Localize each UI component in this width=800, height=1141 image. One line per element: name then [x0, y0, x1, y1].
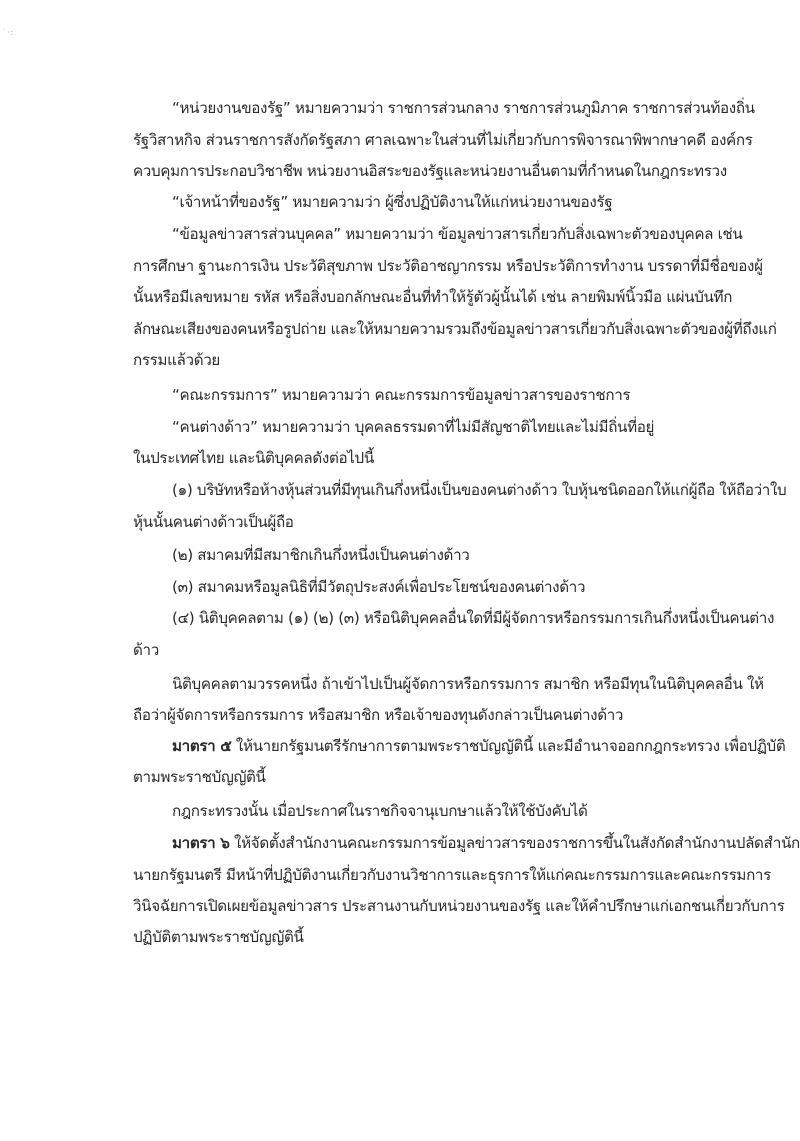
scan-artifact: ˙·: — [2, 28, 14, 37]
text-line: “ข้อมูลข่าวสารส่วนบุคคล” หมายความว่า ข้อ… — [172, 224, 742, 244]
text-line: “คนต่างด้าว” หมายความว่า บุคคลธรรมดาที่ไ… — [172, 417, 654, 437]
line-text: รัฐวิสาหกิจ ส่วนราชการสังกัดรัฐสภา ศาลเฉ… — [133, 131, 753, 149]
text-line: ตามพระราชบัญญัตินี้ — [133, 767, 266, 787]
line-text: นั้นหรือมีเลขหมาย รหัส หรือสิ่งบอกลักษณะ… — [133, 288, 732, 306]
line-text: ด้าว — [133, 641, 159, 659]
document-page: ˙·: “หน่วยงานของรัฐ” หมายความว่า ราชการส… — [0, 0, 800, 1141]
text-line: วินิจฉัยการเปิดเผยข้อมูลข่าวสาร ประสานงา… — [133, 896, 784, 916]
line-text: (๔) นิติบุคคลตาม (๑) (๒) (๓) หรือนิติบุค… — [172, 609, 774, 627]
text-line: มาตรา ๕ ให้นายกรัฐมนตรีรักษาการตามพระราช… — [172, 736, 785, 756]
line-text: ให้จัดตั้งสำนักงานคณะกรรมการข้อมูลข่าวสา… — [230, 834, 800, 852]
line-text: ในประเทศไทย และนิติบุคคลดังต่อไปนี้ — [133, 449, 374, 467]
text-line: (๓) สมาคมหรือมูลนิธิที่มีวัตถุประสงค์เพื… — [172, 577, 585, 597]
line-text: ตามพระราชบัญญัตินี้ — [133, 768, 266, 786]
text-line: นายกรัฐมนตรี มีหน้าที่ปฏิบัติงานเกี่ยวกั… — [133, 865, 771, 885]
line-text: ปฏิบัติตามพระราชบัญญัตินี้ — [133, 928, 304, 946]
text-line: หุ้นนั้นคนต่างด้าวเป็นผู้ถือ — [133, 512, 294, 532]
line-text: ลักษณะเสียงของคนหรือรูปถ่าย และให้หมายคว… — [133, 320, 777, 338]
text-line: “คณะกรรมการ” หมายความว่า คณะกรรมการข้อมู… — [172, 385, 630, 405]
text-line: ด้าว — [133, 640, 159, 660]
text-line: (๒) สมาคมที่มีสมาชิกเกินกึ่งหนึ่งเป็นคนต… — [172, 545, 469, 565]
text-line: การศึกษา ฐานะการเงิน ประวัติสุขภาพ ประวั… — [133, 256, 763, 276]
line-text: ให้นายกรัฐมนตรีรักษาการตามพระราชบัญญัติน… — [231, 737, 785, 755]
line-text: กรรมแล้วด้วย — [133, 351, 220, 369]
text-line: “เจ้าหน้าที่ของรัฐ” หมายความว่า ผู้ซึ่งป… — [172, 192, 612, 212]
text-line: นั้นหรือมีเลขหมาย รหัส หรือสิ่งบอกลักษณะ… — [133, 287, 732, 307]
line-text: “ข้อมูลข่าวสารส่วนบุคคล” หมายความว่า ข้อ… — [172, 225, 742, 243]
line-text: ควบคุมการประกอบวิชาชีพ หน่วยงานอิสระของร… — [133, 162, 727, 180]
section-heading: มาตรา ๕ — [172, 737, 231, 755]
text-line: (๑) บริษัทหรือห้างหุ้นส่วนที่มีทุนเกินกึ… — [172, 480, 786, 500]
line-text: “เจ้าหน้าที่ของรัฐ” หมายความว่า ผู้ซึ่งป… — [172, 193, 612, 211]
line-text: นิติบุคคลตามวรรคหนึ่ง ถ้าเข้าไปเป็นผู้จั… — [172, 675, 764, 693]
line-text: (๒) สมาคมที่มีสมาชิกเกินกึ่งหนึ่งเป็นคนต… — [172, 546, 469, 564]
text-line: ในประเทศไทย และนิติบุคคลดังต่อไปนี้ — [133, 448, 374, 468]
line-text: การศึกษา ฐานะการเงิน ประวัติสุขภาพ ประวั… — [133, 257, 763, 275]
section-heading: มาตรา ๖ — [172, 834, 230, 852]
line-text: นายกรัฐมนตรี มีหน้าที่ปฏิบัติงานเกี่ยวกั… — [133, 866, 771, 884]
line-text: “คนต่างด้าว” หมายความว่า บุคคลธรรมดาที่ไ… — [172, 418, 654, 436]
line-text: “คณะกรรมการ” หมายความว่า คณะกรรมการข้อมู… — [172, 386, 630, 404]
line-text: “หน่วยงานของรัฐ” หมายความว่า ราชการส่วนก… — [172, 99, 755, 117]
line-text: ถือว่าผู้จัดการหรือกรรมการ หรือสมาชิก หร… — [133, 706, 623, 724]
text-line: ลักษณะเสียงของคนหรือรูปถ่าย และให้หมายคว… — [133, 319, 777, 339]
line-text: (๓) สมาคมหรือมูลนิธิที่มีวัตถุประสงค์เพื… — [172, 578, 585, 596]
text-line: ปฏิบัติตามพระราชบัญญัตินี้ — [133, 927, 304, 947]
line-text: กฎกระทรวงนั้น เมื่อประกาศในราชกิจจานุเบก… — [172, 802, 588, 820]
line-text: หุ้นนั้นคนต่างด้าวเป็นผู้ถือ — [133, 513, 294, 531]
text-line: ควบคุมการประกอบวิชาชีพ หน่วยงานอิสระของร… — [133, 161, 727, 181]
text-line: (๔) นิติบุคคลตาม (๑) (๒) (๓) หรือนิติบุค… — [172, 608, 774, 628]
text-line: รัฐวิสาหกิจ ส่วนราชการสังกัดรัฐสภา ศาลเฉ… — [133, 130, 753, 150]
line-text: วินิจฉัยการเปิดเผยข้อมูลข่าวสาร ประสานงา… — [133, 897, 784, 915]
text-line: กฎกระทรวงนั้น เมื่อประกาศในราชกิจจานุเบก… — [172, 801, 588, 821]
text-line: ถือว่าผู้จัดการหรือกรรมการ หรือสมาชิก หร… — [133, 705, 623, 725]
text-line: กรรมแล้วด้วย — [133, 350, 220, 370]
text-line: “หน่วยงานของรัฐ” หมายความว่า ราชการส่วนก… — [172, 98, 755, 118]
line-text: (๑) บริษัทหรือห้างหุ้นส่วนที่มีทุนเกินกึ… — [172, 481, 786, 499]
text-line: มาตรา ๖ ให้จัดตั้งสำนักงานคณะกรรมการข้อม… — [172, 833, 800, 853]
text-line: นิติบุคคลตามวรรคหนึ่ง ถ้าเข้าไปเป็นผู้จั… — [172, 674, 764, 694]
